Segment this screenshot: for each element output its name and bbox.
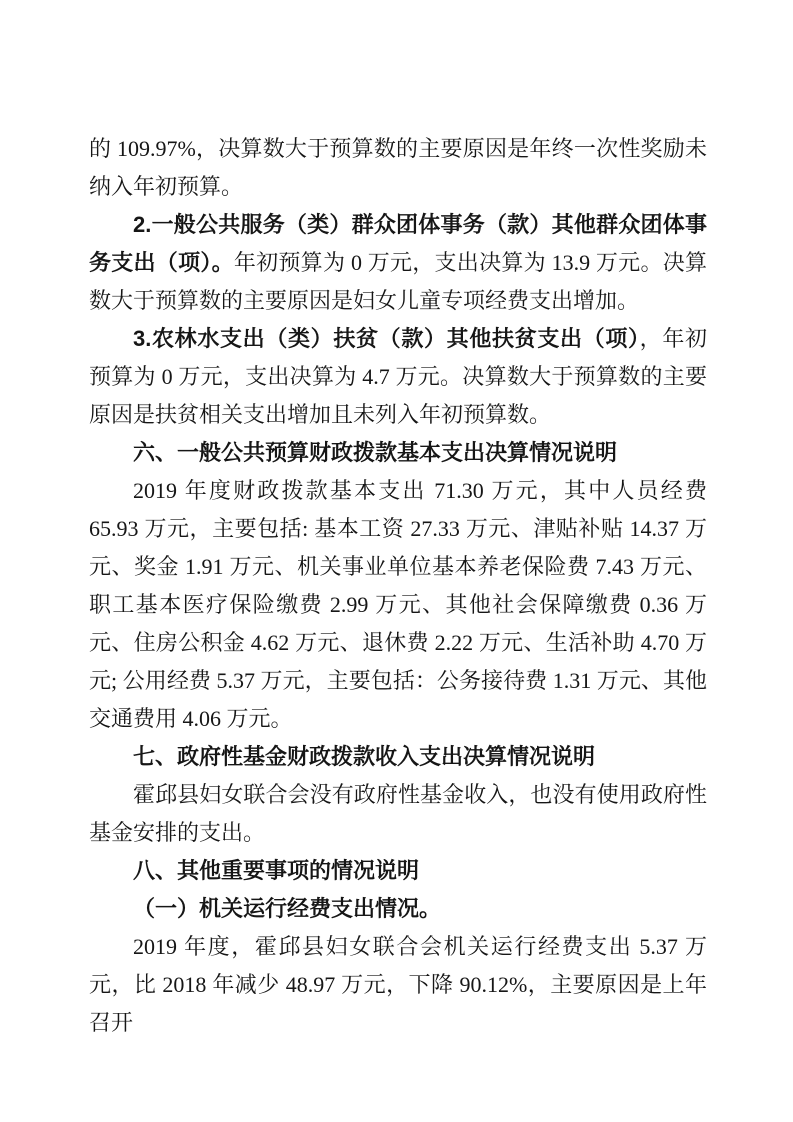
section-7-heading: 七、政府性基金财政拨款收入支出决算情况说明 [89, 738, 707, 776]
expense-item-2-paragraph: 2.一般公共服务（类）群众团体事务（款）其他群众团体事务支出（项）。年初预算为 … [89, 206, 707, 320]
page-content: 的 109.97%，决算数大于预算数的主要原因是年终一次性奖励未纳入年初预算。 … [89, 130, 707, 1042]
section-8-paragraph: 2019 年度，霍邱县妇女联合会机关运行经费支出 5.37 万元，比 2018 … [89, 928, 707, 1042]
section-8-heading: 八、其他重要事项的情况说明 [89, 852, 707, 890]
section-6-heading: 六、一般公共预算财政拨款基本支出决算情况说明 [89, 434, 707, 472]
expense-item-3-bold-lead: 3.农林水支出（类）扶贫（款）其他扶贫支出（项） [133, 326, 640, 351]
section-7-paragraph: 霍邱县妇女联合会没有政府性基金收入，也没有使用政府性基金安排的支出。 [89, 776, 707, 852]
expense-item-3-paragraph: 3.农林水支出（类）扶贫（款）其他扶贫支出（项），年初预算为 0 万元，支出决算… [89, 320, 707, 434]
section-8-subheading-1: （一）机关运行经费支出情况。 [89, 890, 707, 928]
paragraph-continuation: 的 109.97%，决算数大于预算数的主要原因是年终一次性奖励未纳入年初预算。 [89, 130, 707, 206]
document-page: 的 109.97%，决算数大于预算数的主要原因是年终一次性奖励未纳入年初预算。 … [0, 0, 793, 1122]
section-6-paragraph: 2019 年度财政拨款基本支出 71.30 万元，其中人员经费 65.93 万元… [89, 472, 707, 738]
